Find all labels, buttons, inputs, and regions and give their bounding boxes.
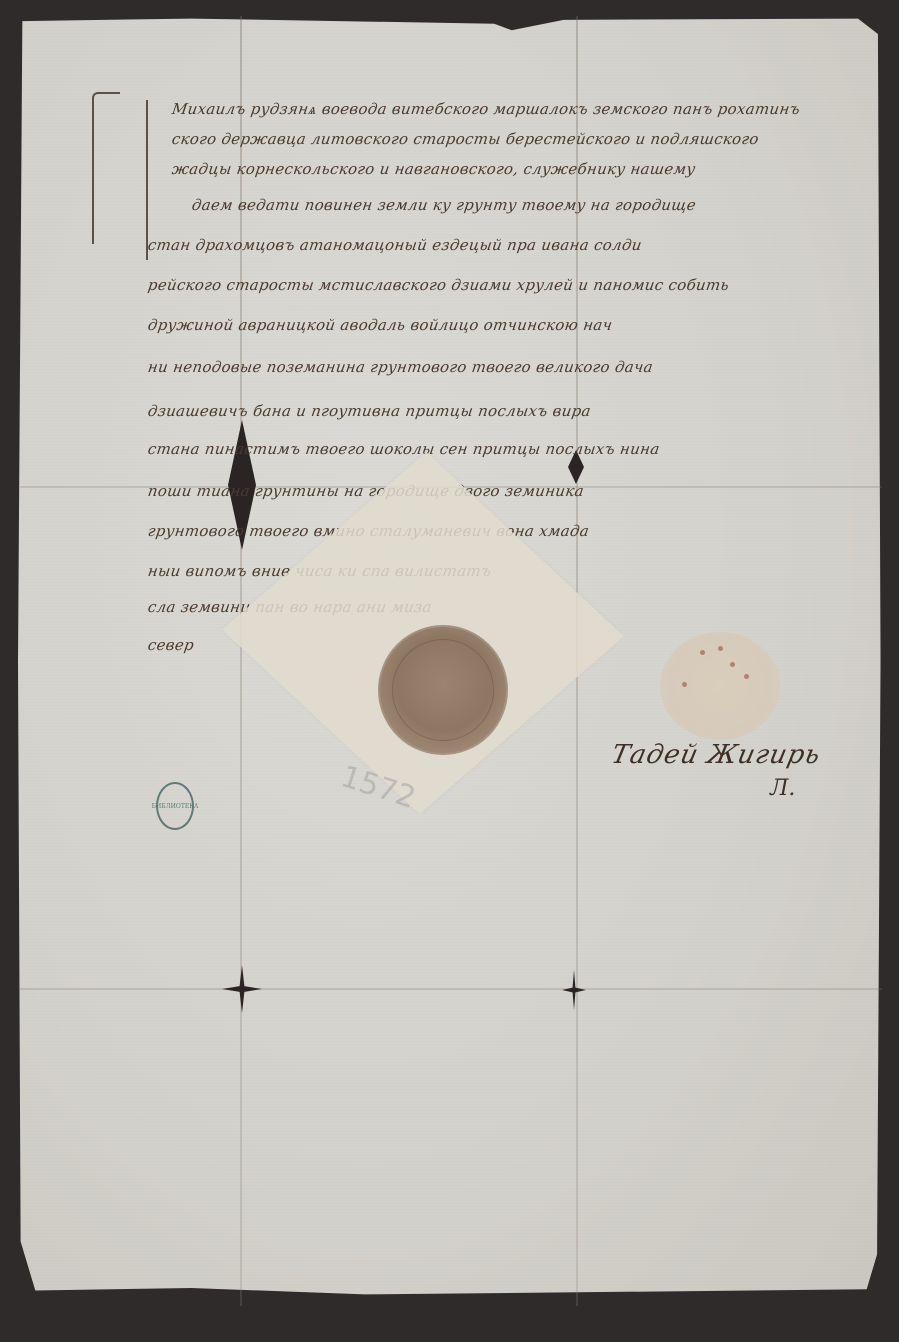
wax-seal	[378, 625, 508, 755]
text-line: стан драхомцовъ атаномацоный ездецый пра…	[147, 236, 643, 254]
text-line: стана пинастимъ твоего шоколы сен притцы…	[147, 440, 661, 458]
faint-seal-impression	[660, 632, 780, 740]
decorative-initial	[92, 92, 120, 244]
text-line: дружиной авраницкой аводаль войлицо отчи…	[147, 316, 614, 334]
text-line: жадцы корнескольского и навгановского, с…	[171, 160, 697, 178]
fold-line-horizontal-lower	[20, 988, 882, 990]
text-line: ского державца литовского старосты берес…	[171, 130, 760, 148]
text-line: рейского старосты мстиславского дзиами х…	[147, 276, 731, 294]
text-line: север	[147, 636, 196, 654]
signature: Тадей Жигирь	[609, 740, 824, 770]
archive-stamp: БИБЛИОТЕКА	[156, 782, 194, 830]
archive-stamp-text: БИБЛИОТЕКА	[152, 803, 199, 810]
text-line: поши тиана грунтины на городище двого зе…	[147, 482, 585, 500]
text-line: дзиашевичъ бана и пгоутивна притцы послы…	[147, 402, 592, 420]
text-line: даем ведати повинен земли ку грунту твое…	[191, 196, 697, 214]
signature-flourish: Л.	[770, 776, 795, 801]
text-line: ни неподовые поземанина грунтового твоег…	[147, 358, 654, 376]
text-line: Михаилъ рудзянѧ воевода витебского марша…	[171, 100, 802, 119]
wax-seal-rim	[392, 639, 494, 741]
